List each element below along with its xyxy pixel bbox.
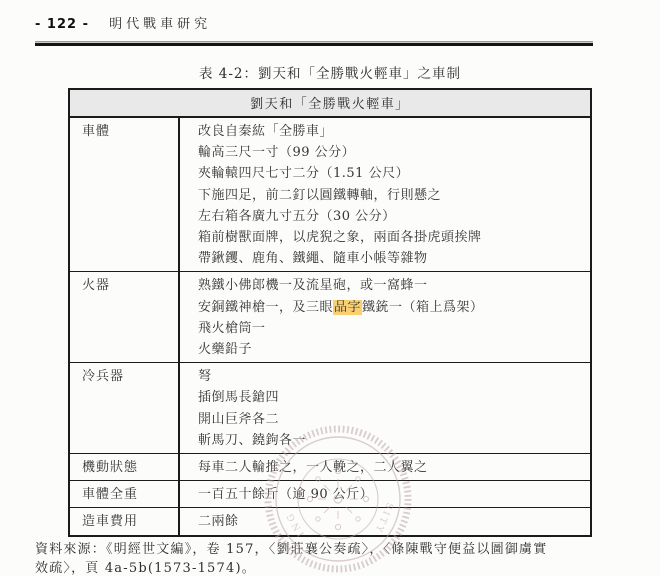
- spec-line: 帶鍬钁、鹿角、鐵繩、隨車小帳等雜物: [198, 248, 582, 269]
- book-title: 明代戰車研究: [109, 17, 211, 32]
- table-row-weight: 車體全重 一百五十餘斤（逾 90 公斤）: [70, 481, 590, 508]
- row-content: 改良自秦紘「全勝車」 輪高三尺一寸（99 公分） 夾輪轅四尺七寸二分（1.51 …: [180, 118, 590, 271]
- row-content: 一百五十餘斤（逾 90 公斤）: [180, 481, 590, 507]
- source-note: 資料來源：《明經世文編》，卷 157，〈劉莊襄公奏疏〉，〈條陳戰守便益以圖御虜實…: [35, 540, 637, 576]
- spec-line: 每車二人輪推之，一人輓之，二人翼之: [198, 457, 582, 478]
- page-number: - 122 -: [35, 17, 89, 32]
- spec-line: 左右箱各廣九寸五分（30 公分）: [198, 206, 582, 227]
- spec-line: 斬馬刀、鐃鉤各一: [198, 430, 582, 451]
- spec-line: 火藥鉛子: [198, 339, 582, 360]
- table-row-mobility: 機動狀態 每車二人輪推之，一人輓之，二人翼之: [70, 454, 590, 481]
- row-label: 造車費用: [70, 508, 180, 534]
- spec-line: 箱前樹獸面牌，以虎猊之象，兩面各掛虎頭挨牌: [198, 227, 582, 248]
- spec-line: 改良自秦紘「全勝車」: [198, 121, 582, 142]
- spec-line: 插倒馬長鎗四: [198, 387, 582, 408]
- spec-line-highlighted: 安銅鐵神槍一，及三眼品字鐵銃一（箱上爲架）: [198, 297, 582, 318]
- row-content: 弩 插倒馬長鎗四 開山巨斧各二 斬馬刀、鐃鉤各一: [180, 363, 590, 453]
- row-label: 機動狀態: [70, 454, 180, 480]
- spec-line: 弩: [198, 366, 582, 387]
- spec-line: 熟鐵小佛郎機一及流星砲，或一窩蜂一: [198, 275, 582, 296]
- spec-line-pre: 安銅鐵神槍一，及三眼: [198, 300, 333, 315]
- row-label: 車體: [70, 118, 180, 271]
- table-row-cold-weapons: 冷兵器 弩 插倒馬長鎗四 開山巨斧各二 斬馬刀、鐃鉤各一: [70, 363, 590, 454]
- table-row-firearms: 火器 熟鐵小佛郎機一及流星砲，或一窩蜂一 安銅鐵神槍一，及三眼品字鐵銃一（箱上爲…: [70, 272, 590, 363]
- spec-line: 二兩餘: [198, 511, 582, 532]
- spec-line: 夾輪轅四尺七寸二分（1.51 公尺）: [198, 163, 582, 184]
- row-label: 冷兵器: [70, 363, 180, 453]
- table-header-cell: 劉天和「全勝戰火輕車」: [70, 90, 590, 118]
- header-rule: [35, 41, 593, 46]
- row-content: 二兩餘: [180, 508, 590, 534]
- source-line-2: 效疏〉，頁 4a-5b(1573-1574)。: [35, 559, 637, 576]
- running-head: - 122 - 明代戰車研究: [35, 13, 211, 32]
- source-line-1: 資料來源：《明經世文編》，卷 157，〈劉莊襄公奏疏〉，〈條陳戰守便益以圖御虜實: [35, 540, 637, 559]
- row-content: 熟鐵小佛郎機一及流星砲，或一窩蜂一 安銅鐵神槍一，及三眼品字鐵銃一（箱上爲架） …: [180, 272, 590, 362]
- spec-line: 飛火槍筒一: [198, 318, 582, 339]
- chariot-spec-table: 劉天和「全勝戰火輕車」 車體 改良自秦紘「全勝車」 輪高三尺一寸（99 公分） …: [68, 88, 592, 537]
- spec-line: 下施四足，前二釘以圓鐵轉軸，行則懸之: [198, 185, 582, 206]
- table-caption: 表 4-2：劉天和「全勝戰火輕車」之車制: [68, 62, 592, 82]
- spec-line-post: 鐵銃一（箱上爲架）: [362, 300, 484, 315]
- row-label: 車體全重: [70, 481, 180, 507]
- row-label: 火器: [70, 272, 180, 362]
- book-page: - 122 - 明代戰車研究 表 4-2：劉天和「全勝戰火輕車」之車制 劉天和「…: [0, 0, 660, 576]
- spec-line: 輪高三尺一寸（99 公分）: [198, 142, 582, 163]
- highlight-pinzi: 品字: [333, 300, 362, 315]
- table-row-body: 車體 改良自秦紘「全勝車」 輪高三尺一寸（99 公分） 夾輪轅四尺七寸二分（1.…: [70, 118, 590, 272]
- row-content: 每車二人輪推之，一人輓之，二人翼之: [180, 454, 590, 480]
- spec-line: 開山巨斧各二: [198, 409, 582, 430]
- spec-line: 一百五十餘斤（逾 90 公斤）: [198, 484, 582, 505]
- table-row-cost: 造車費用 二兩餘: [70, 508, 590, 534]
